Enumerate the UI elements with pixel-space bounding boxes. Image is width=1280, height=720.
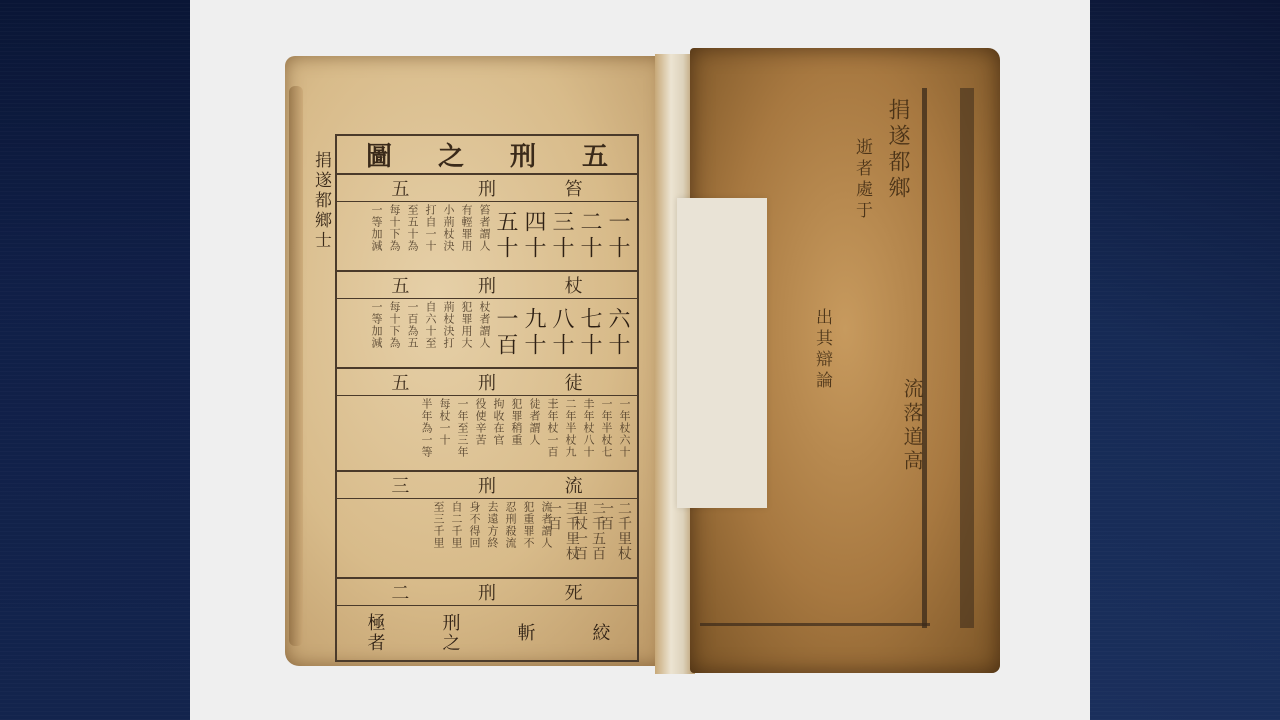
note-text: 役使辛苦 xyxy=(471,398,489,468)
penalty-value: 四十 xyxy=(521,204,549,268)
section-header: 二 刑 死 xyxy=(337,579,637,606)
table-title: 圖 之 刑 五 xyxy=(337,136,637,175)
note-text: 自二千里 xyxy=(447,501,465,575)
column-rule xyxy=(922,88,927,628)
penalty-value: 極者 xyxy=(362,613,388,653)
note-text: 每十下為 xyxy=(385,204,403,268)
section-header: 五 刑 徒 xyxy=(337,369,637,396)
bottom-rule xyxy=(700,623,930,626)
penalty-value: 絞 xyxy=(587,623,613,643)
text-column: 捐遂都鄉 xyxy=(885,98,909,202)
penalty-value: 一年半杖七十 xyxy=(597,398,615,468)
title-char: 五 xyxy=(582,136,608,173)
header-char: 五 xyxy=(391,272,409,298)
note-text: 犯重罪不 xyxy=(519,501,537,575)
penalty-value: 斬 xyxy=(512,623,538,643)
header-char: 刑 xyxy=(478,272,496,298)
penalty-value: 八十 xyxy=(549,301,577,365)
section-body: 一年杖六十 一年半杖七十 二年杖八十 二年半杖九十 三年杖一百 徒者謂人 犯罪稍… xyxy=(337,396,637,470)
section-body: 絞 斬 刑之 極者 xyxy=(337,606,637,660)
note-text: 犯罪稍重 xyxy=(507,398,525,468)
right-side-bar xyxy=(1090,0,1280,720)
title-char: 刑 xyxy=(510,136,536,173)
note-text: 每十下為 xyxy=(385,301,403,365)
left-page: 捐遂都鄉士 圖 之 刑 五 五 刑 笞 一十 二十 三十 四十 xyxy=(285,56,665,666)
section-chi: 五 刑 笞 一十 二十 三十 四十 五十 笞者謂人 有輕罪用 小荊杖決 打自一十… xyxy=(337,175,637,272)
section-body: 二千里杖一百 二千五百里杖一百 三千里杖一百 流者謂人 犯重罪不 忍刑殺流 去遠… xyxy=(337,499,637,577)
penalty-value: 七十 xyxy=(577,301,605,365)
note-text: 忍刑殺流 xyxy=(501,501,519,575)
note-text: 身不得回 xyxy=(465,501,483,575)
header-char: 五 xyxy=(391,175,409,201)
penalty-value: 刑之 xyxy=(437,613,463,653)
header-char: 五 xyxy=(391,369,409,395)
note-text: 笞者謂人 xyxy=(475,204,493,268)
note-text: 徒者謂人 xyxy=(525,398,543,468)
note-text: 至三千里 xyxy=(429,501,447,575)
header-char: 笞 xyxy=(565,175,583,201)
section-header: 三 刑 流 xyxy=(337,472,637,499)
section-si: 二 刑 死 絞 斬 刑之 極者 xyxy=(337,579,637,660)
header-char: 徒 xyxy=(565,369,583,395)
header-char: 刑 xyxy=(478,472,496,498)
header-char: 二 xyxy=(391,579,409,605)
note-text: 每杖一十 xyxy=(435,398,453,468)
column-rule xyxy=(960,88,974,628)
penalty-value: 五十 xyxy=(493,204,521,268)
penalty-value: 二年半杖九十 xyxy=(561,398,579,468)
note-text: 拘收在官 xyxy=(489,398,507,468)
note-text: 有輕罪用 xyxy=(457,204,475,268)
note-text: 一等加減 xyxy=(367,204,385,268)
penalty-value: 二千五百里杖一百 xyxy=(581,501,607,575)
text-column: 逝者處于 xyxy=(850,138,874,222)
text-column: 流落道高 xyxy=(900,378,924,474)
section-zhang: 五 刑 杖 六十 七十 八十 九十 一百 杖者謂人 犯罪用大 荊杖決打 自六十至… xyxy=(337,272,637,369)
section-body: 六十 七十 八十 九十 一百 杖者謂人 犯罪用大 荊杖決打 自六十至 一百為五 … xyxy=(337,299,637,367)
header-char: 刑 xyxy=(478,369,496,395)
header-char: 死 xyxy=(565,579,583,605)
title-char: 圖 xyxy=(366,136,392,173)
five-punishments-table: 圖 之 刑 五 五 刑 笞 一十 二十 三十 四十 五十 笞者謂人 xyxy=(335,134,639,662)
ancient-book: 捐遂都鄉士 圖 之 刑 五 五 刑 笞 一十 二十 三十 四十 xyxy=(285,48,1010,678)
section-liu: 三 刑 流 二千里杖一百 二千五百里杖一百 三千里杖一百 流者謂人 犯重罪不 忍… xyxy=(337,472,637,579)
note-text: 去遠方終 xyxy=(483,501,501,575)
left-side-bar xyxy=(0,0,190,720)
title-char: 之 xyxy=(438,136,464,173)
section-body: 一十 二十 三十 四十 五十 笞者謂人 有輕罪用 小荊杖決 打自一十 至五十為 … xyxy=(337,202,637,270)
section-tu: 五 刑 徒 一年杖六十 一年半杖七十 二年杖八十 二年半杖九十 三年杖一百 徒者… xyxy=(337,369,637,472)
penalty-value: 三十 xyxy=(549,204,577,268)
penalty-value: 二十 xyxy=(577,204,605,268)
header-char: 三 xyxy=(391,472,409,498)
text-column: 出其辯論 xyxy=(810,308,834,392)
note-text: 一百為五 xyxy=(403,301,421,365)
header-char: 刑 xyxy=(478,579,496,605)
header-char: 刑 xyxy=(478,175,496,201)
penalty-value: 一年杖六十 xyxy=(615,398,633,468)
header-char: 杖 xyxy=(565,272,583,298)
note-text: 流者謂人 xyxy=(537,501,555,575)
note-text: 小荊杖決 xyxy=(439,204,457,268)
penalty-value: 九十 xyxy=(521,301,549,365)
penalty-value: 三年杖一百 xyxy=(543,398,561,468)
section-header: 五 刑 杖 xyxy=(337,272,637,299)
note-text: 自六十至 xyxy=(421,301,439,365)
note-text: 打自一十 xyxy=(421,204,439,268)
penalty-value: 三千里杖一百 xyxy=(555,501,581,575)
paper-repair-patch xyxy=(677,198,767,508)
penalty-value: 一百 xyxy=(493,301,521,365)
penalty-value: 一十 xyxy=(605,204,633,268)
penalty-value: 二年杖八十 xyxy=(579,398,597,468)
note-text: 至五十為 xyxy=(403,204,421,268)
note-text: 半年為一等 xyxy=(417,398,435,468)
note-text: 一年至三年 xyxy=(453,398,471,468)
note-text: 荊杖決打 xyxy=(439,301,457,365)
header-char: 流 xyxy=(565,472,583,498)
note-text: 杖者謂人 xyxy=(475,301,493,365)
penalty-value: 六十 xyxy=(605,301,633,365)
side-column-text: 捐遂都鄉士 xyxy=(309,151,334,251)
note-text: 犯罪用大 xyxy=(457,301,475,365)
section-header: 五 刑 笞 xyxy=(337,175,637,202)
penalty-value: 二千里杖一百 xyxy=(607,501,633,575)
note-text: 一等加減 xyxy=(367,301,385,365)
